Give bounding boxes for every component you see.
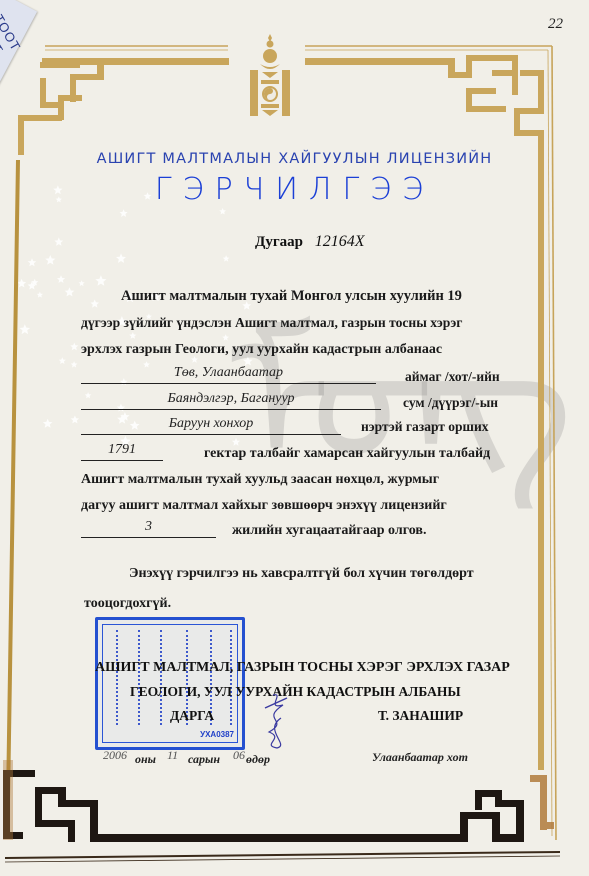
- footer-day: 06: [233, 748, 245, 763]
- certificate-subtitle: АШИГТ МАЛТМАЛЫН ХАЙГУУЛЫН ЛИЦЕНЗИЙН: [0, 151, 589, 167]
- area-suffix: гектар талбайг хамарсан хайгуулын талбай…: [204, 446, 490, 462]
- certificate-number: Дугаар 12164X: [255, 233, 365, 251]
- certificate-title: ГЭРЧИЛГЭЭ: [0, 172, 589, 207]
- stamp-script-column: [138, 630, 146, 725]
- aimag-suffix: аймаг /хот/-ийн: [405, 369, 500, 385]
- term-field: 3: [81, 519, 216, 538]
- footer-city: Улаанбаатар хот: [372, 750, 468, 765]
- aimag-field: Төв, Улаанбаатар: [81, 365, 376, 384]
- footer-day-suffix: өдөр: [246, 752, 270, 767]
- conditions-line: дагуу ашигт малтмал хайхыг зөвшөөрч энэх…: [81, 498, 447, 514]
- stamp-code: УХА0387: [200, 730, 234, 739]
- term-suffix: жилийн хугацаатайгаар олгов.: [232, 523, 426, 539]
- handwritten-page-number: 22: [548, 16, 563, 33]
- stamp-script-column: [230, 630, 238, 725]
- footer-year: 2006: [103, 748, 127, 763]
- place-field: Баруун хонхор: [81, 416, 341, 435]
- stamp-script-column: [160, 630, 168, 725]
- handwritten-signature: [255, 690, 295, 750]
- sum-field: Баяндэлгэр, Багануур: [81, 391, 381, 410]
- footer-month: 11: [167, 748, 178, 763]
- place-suffix: нэртэй газарт орших: [361, 419, 488, 435]
- stamp-script-column: [116, 630, 124, 725]
- paragraph-line: эрхлэх газрын Геологи, уул уурхайн кадас…: [81, 342, 442, 358]
- signer-name: Т. ЗАНАШИР: [378, 708, 463, 724]
- footer-year-suffix: оны: [135, 752, 156, 767]
- area-field: 1791: [81, 442, 163, 461]
- conditions-line: Ашигт малтмалын тухай хуульд заасан нөхц…: [81, 472, 439, 488]
- paragraph-line: дүгээр зүйлийг үндэслэн Ашигт малтмал, г…: [81, 315, 462, 331]
- soyombo-emblem-icon: [248, 34, 292, 116]
- certificate-page: ᠮᠣᠩ: [0, 0, 589, 876]
- signature-org-line: ГЕОЛОГИ, УУЛ УУРХАЙН КАДАСТРЫН АЛБАНЫ: [130, 684, 461, 700]
- sum-suffix: сум /дүүрэг/-ын: [403, 395, 498, 411]
- paragraph-line: Ашигт малтмалын тухай Монгол улсын хуули…: [121, 288, 462, 305]
- signer-position: ДАРГА: [170, 708, 214, 724]
- validity-line: Энэхүү гэрчилгээ нь хавсралтгүй бол хүчи…: [129, 566, 474, 582]
- signature-org-line: АШИГТ МАЛТМАЛ, ГАЗРЫН ТОСНЫ ХЭРЭГ ЭРХЛЭХ…: [95, 660, 510, 676]
- number-value: 12164X: [315, 233, 365, 250]
- footer-month-suffix: сарын: [188, 752, 220, 767]
- validity-line: тооцогдохгүй.: [84, 596, 171, 612]
- number-label: Дугаар: [255, 234, 303, 250]
